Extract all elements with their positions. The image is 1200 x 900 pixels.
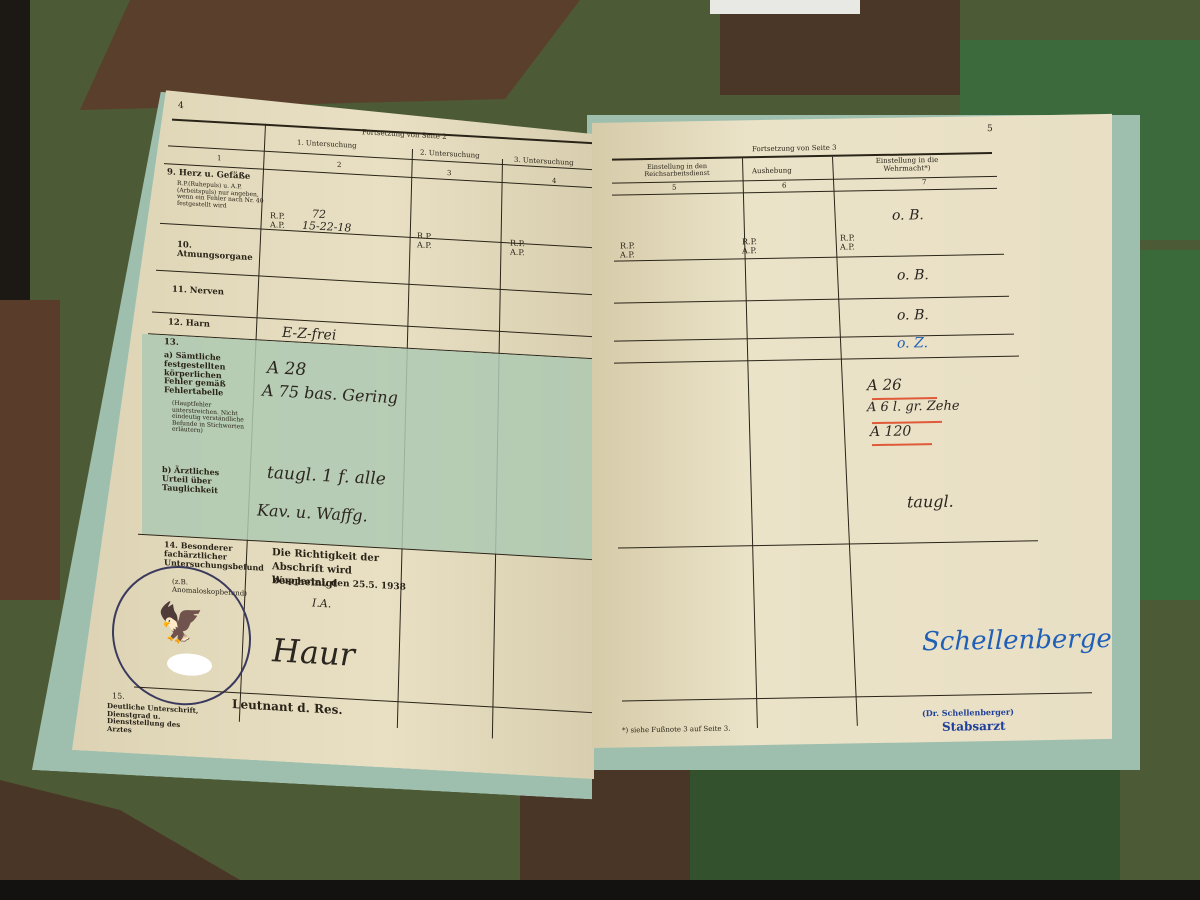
open-booklet: 4 Fortsetzung von Seite 2 1 1. Untersuch… [32,85,1140,770]
signature-left: Haur [272,631,355,674]
entry-13a-line3: A 120 [870,423,911,440]
row-sublabel-13b: b) Ärztliches Urteil über Tauglichkeit [162,465,247,496]
left-edge-shadow [0,0,30,300]
rule [612,188,997,196]
ap-label: A.P. [510,248,525,258]
footnote: *) siehe Fußnote 3 auf Seite 3. [622,726,730,736]
paper-scrap [710,0,860,14]
column-number: 2 [337,162,341,170]
bottom-edge [0,880,1200,900]
entry-row12: o. B. [897,307,929,324]
column-number: 4 [552,178,556,186]
row-label-15: 15. [112,692,125,702]
entry-13b: taugl. [907,492,954,512]
rule [172,119,592,144]
row-label-13: 13. [164,338,179,348]
rule [618,540,1038,548]
row-sublabel-13a: a) Sämtliche festgestellten körperlichen… [164,350,249,399]
column-number: 5 [672,185,676,193]
entry-row11: o. B. [897,267,929,284]
signer-rank: Stabsarzt [942,720,1006,734]
row-note-13a: (Hauptfehler unterstreichen. Nicht einde… [172,401,252,438]
entry-13a-line2: A 6 l. gr. Zehe [867,399,960,416]
column-number: 1 [217,155,221,163]
row-sublabel-heart: R.P.(Ruhepuls) u. A.P.(Arbeitspuls) nur … [177,181,265,212]
page-header: Fortsetzung von Seite 3 [752,145,837,154]
ap-label: A.P. [417,241,432,251]
rule [152,311,592,337]
column-header: 1. Untersuchung [297,140,357,151]
rule [622,692,1092,701]
column-number: 3 [447,170,451,178]
rule [614,254,1004,262]
initials: I.A. [312,596,331,610]
eagle-icon: 🦅 [157,600,204,648]
entry-row12b: o. Z. [897,335,928,352]
doctor-rank: Leutnant d. Res. [232,698,343,717]
ap-label: A.P. [742,247,757,256]
row-label-respiratory: 10. Atmungsorgane [177,241,257,264]
entry-row9: o. B. [892,207,924,224]
signer-name: (Dr. Schellenberger) [922,708,1014,718]
row-sublabel-15: Deutliche Unterschrift, Dienstgrad u. Di… [107,702,202,738]
red-underline [872,443,932,446]
column-number: 7 [922,179,926,187]
entry-13a-line1: A 26 [867,376,902,395]
right-page: 5 Fortsetzung von Seite 3 Einstellung in… [592,114,1112,748]
column-number: 6 [782,183,786,191]
column-header: Einstellung in den Reichsarbeitsdienst [622,163,732,179]
row-label-urine: 12. Harn [168,318,210,330]
rule [614,296,1009,304]
ap-label: A.P. [620,251,635,260]
page-number: 4 [178,101,184,111]
row-label-nerves: 11. Nerven [172,286,224,298]
page-number: 5 [987,124,993,134]
column-header: Aushebung [752,168,792,176]
signature-right: Schellenberger [922,624,1112,658]
column-header: Einstellung in die Wehrmacht*) [862,157,952,174]
camo-patch [690,770,1120,880]
ap-label: A.P. [840,243,855,252]
rule [614,334,1014,342]
camo-patch [720,0,960,95]
rule [614,356,1019,364]
entry-13a-line1: A 28 [267,358,306,380]
column-header: 2. Untersuchung [420,149,480,160]
